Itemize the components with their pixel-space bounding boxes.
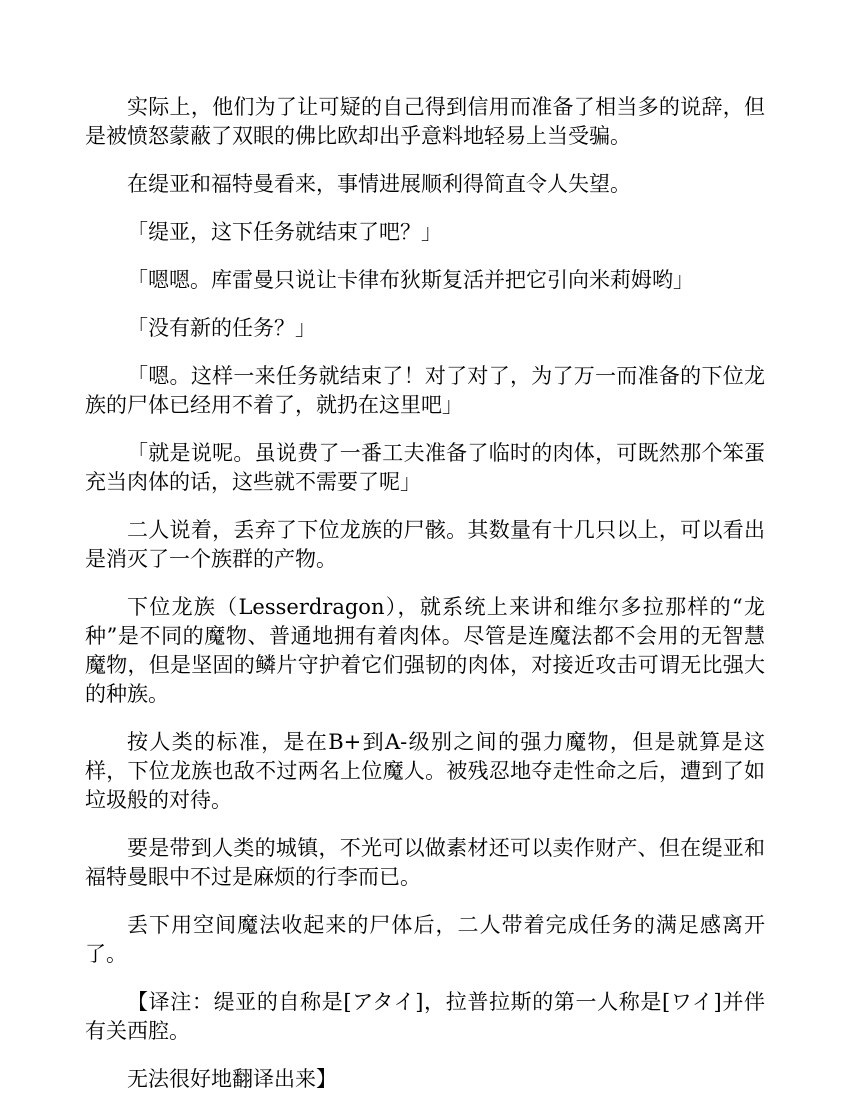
paragraph: 要是带到人类的城镇，不光可以做素材还可以卖作财产、但在缇亚和福特曼眼中不过是麻烦… bbox=[85, 834, 765, 892]
paragraph-dialogue: 「嗯嗯。库雷曼只说让卡律布狄斯复活并把它引向米莉姆哟」 bbox=[85, 266, 765, 295]
paragraph: 在缇亚和福特曼看来，事情进展顺利得简直令人失望。 bbox=[85, 170, 765, 199]
paragraph: 下位龙族（Lesserdragon），就系统上来讲和维尔多拉那样的“龙种”是不同… bbox=[85, 593, 765, 709]
paragraph-dialogue: 「就是说呢。虽说费了一番工夫准备了临时的肉体，可既然那个笨蛋充当肉体的话，这些就… bbox=[85, 439, 765, 497]
paragraph: 二人说着，丢弃了下位龙族的尸骸。其数量有十几只以上，可以看出是消灭了一个族群的产… bbox=[85, 516, 765, 574]
paragraph-dialogue: 「缇亚，这下任务就结束了吧？」 bbox=[85, 218, 765, 247]
paragraph-translator-note: 【译注：缇亚的自称是[アタイ]，拉普拉斯的第一人称是[ワイ]并伴有关西腔。 bbox=[85, 988, 765, 1046]
paragraph: 按人类的标准，是在B+到A-级别之间的强力魔物，但是就算是这样，下位龙族也敌不过… bbox=[85, 728, 765, 815]
document-text-block: 实际上，他们为了让可疑的自己得到信用而准备了相当多的说辞，但是被愤怒蒙蔽了双眼的… bbox=[85, 93, 765, 1094]
document-page: 实际上，他们为了让可疑的自己得到信用而准备了相当多的说辞，但是被愤怒蒙蔽了双眼的… bbox=[0, 0, 850, 1100]
paragraph-dialogue: 「没有新的任务？」 bbox=[85, 314, 765, 343]
paragraph: 丢下用空间魔法收起来的尸体后，二人带着完成任务的满足感离开了。 bbox=[85, 911, 765, 969]
paragraph-dialogue: 「嗯。这样一来任务就结束了！对了对了，为了万一而准备的下位龙族的尸体已经用不着了… bbox=[85, 362, 765, 420]
paragraph: 实际上，他们为了让可疑的自己得到信用而准备了相当多的说辞，但是被愤怒蒙蔽了双眼的… bbox=[85, 93, 765, 151]
paragraph-translator-note: 无法很好地翻译出来】 bbox=[85, 1065, 765, 1094]
